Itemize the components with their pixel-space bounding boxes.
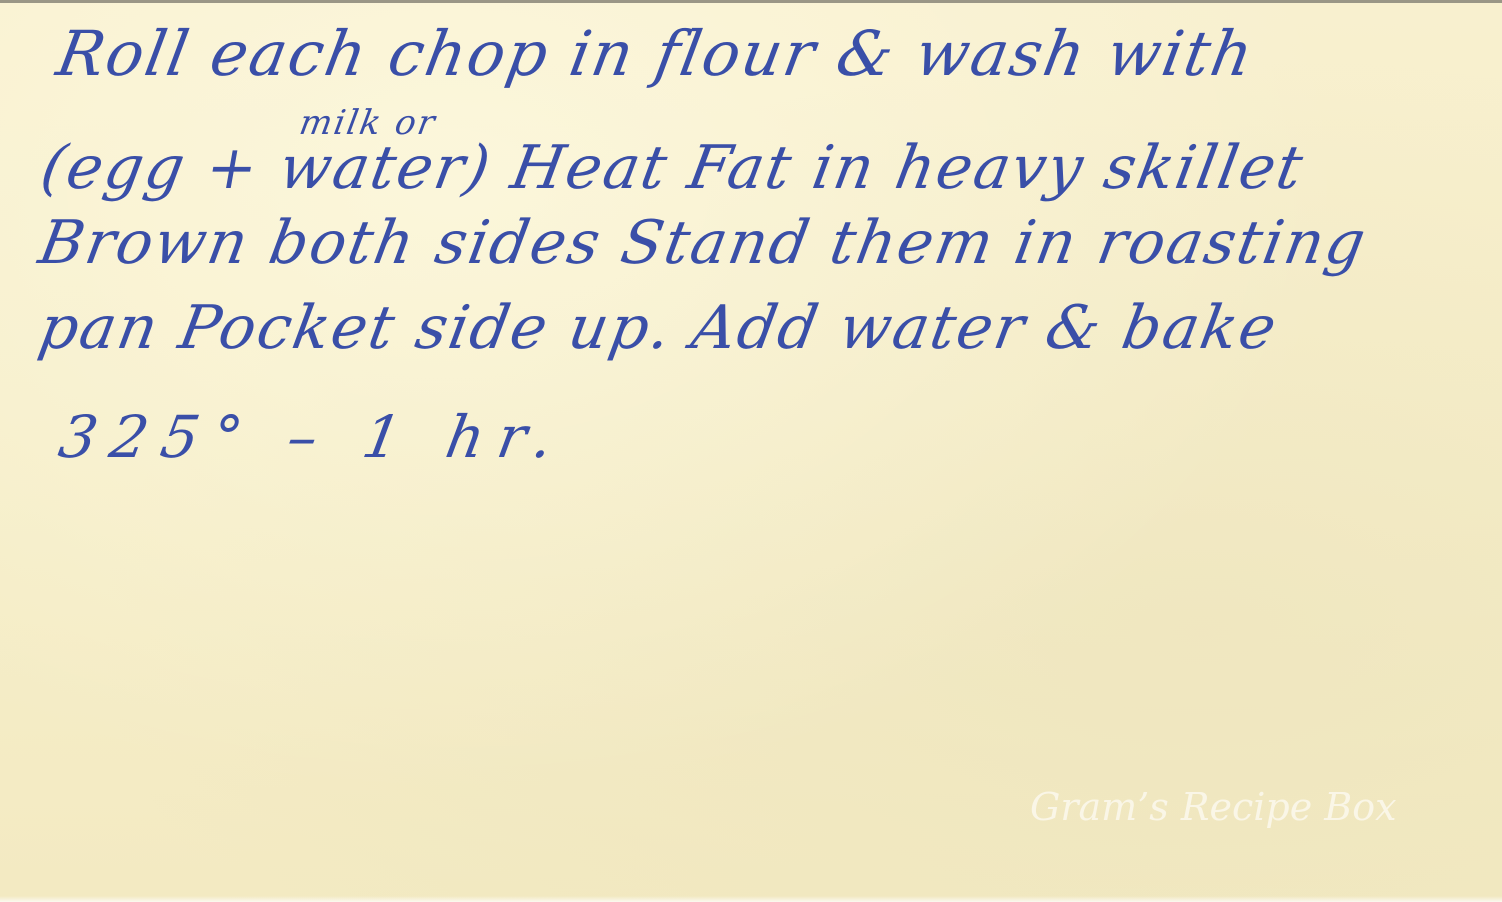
handwritten-line-3: Brown both sides Stand them in roasting — [34, 208, 1372, 278]
handwritten-line-2: (egg + water) Heat Fat in heavy skillet — [36, 133, 1310, 203]
handwritten-line-4: pan Pocket side up. Add water & bake — [34, 293, 1283, 363]
handwritten-line-1: Roll each chop in flour & wash with — [52, 17, 1261, 90]
recipe-card: Roll each chop in flour & wash with milk… — [0, 0, 1502, 902]
watermark: Gram’s Recipe Box — [1030, 785, 1397, 829]
handwritten-line-5: 325° – 1 hr. — [54, 403, 572, 471]
